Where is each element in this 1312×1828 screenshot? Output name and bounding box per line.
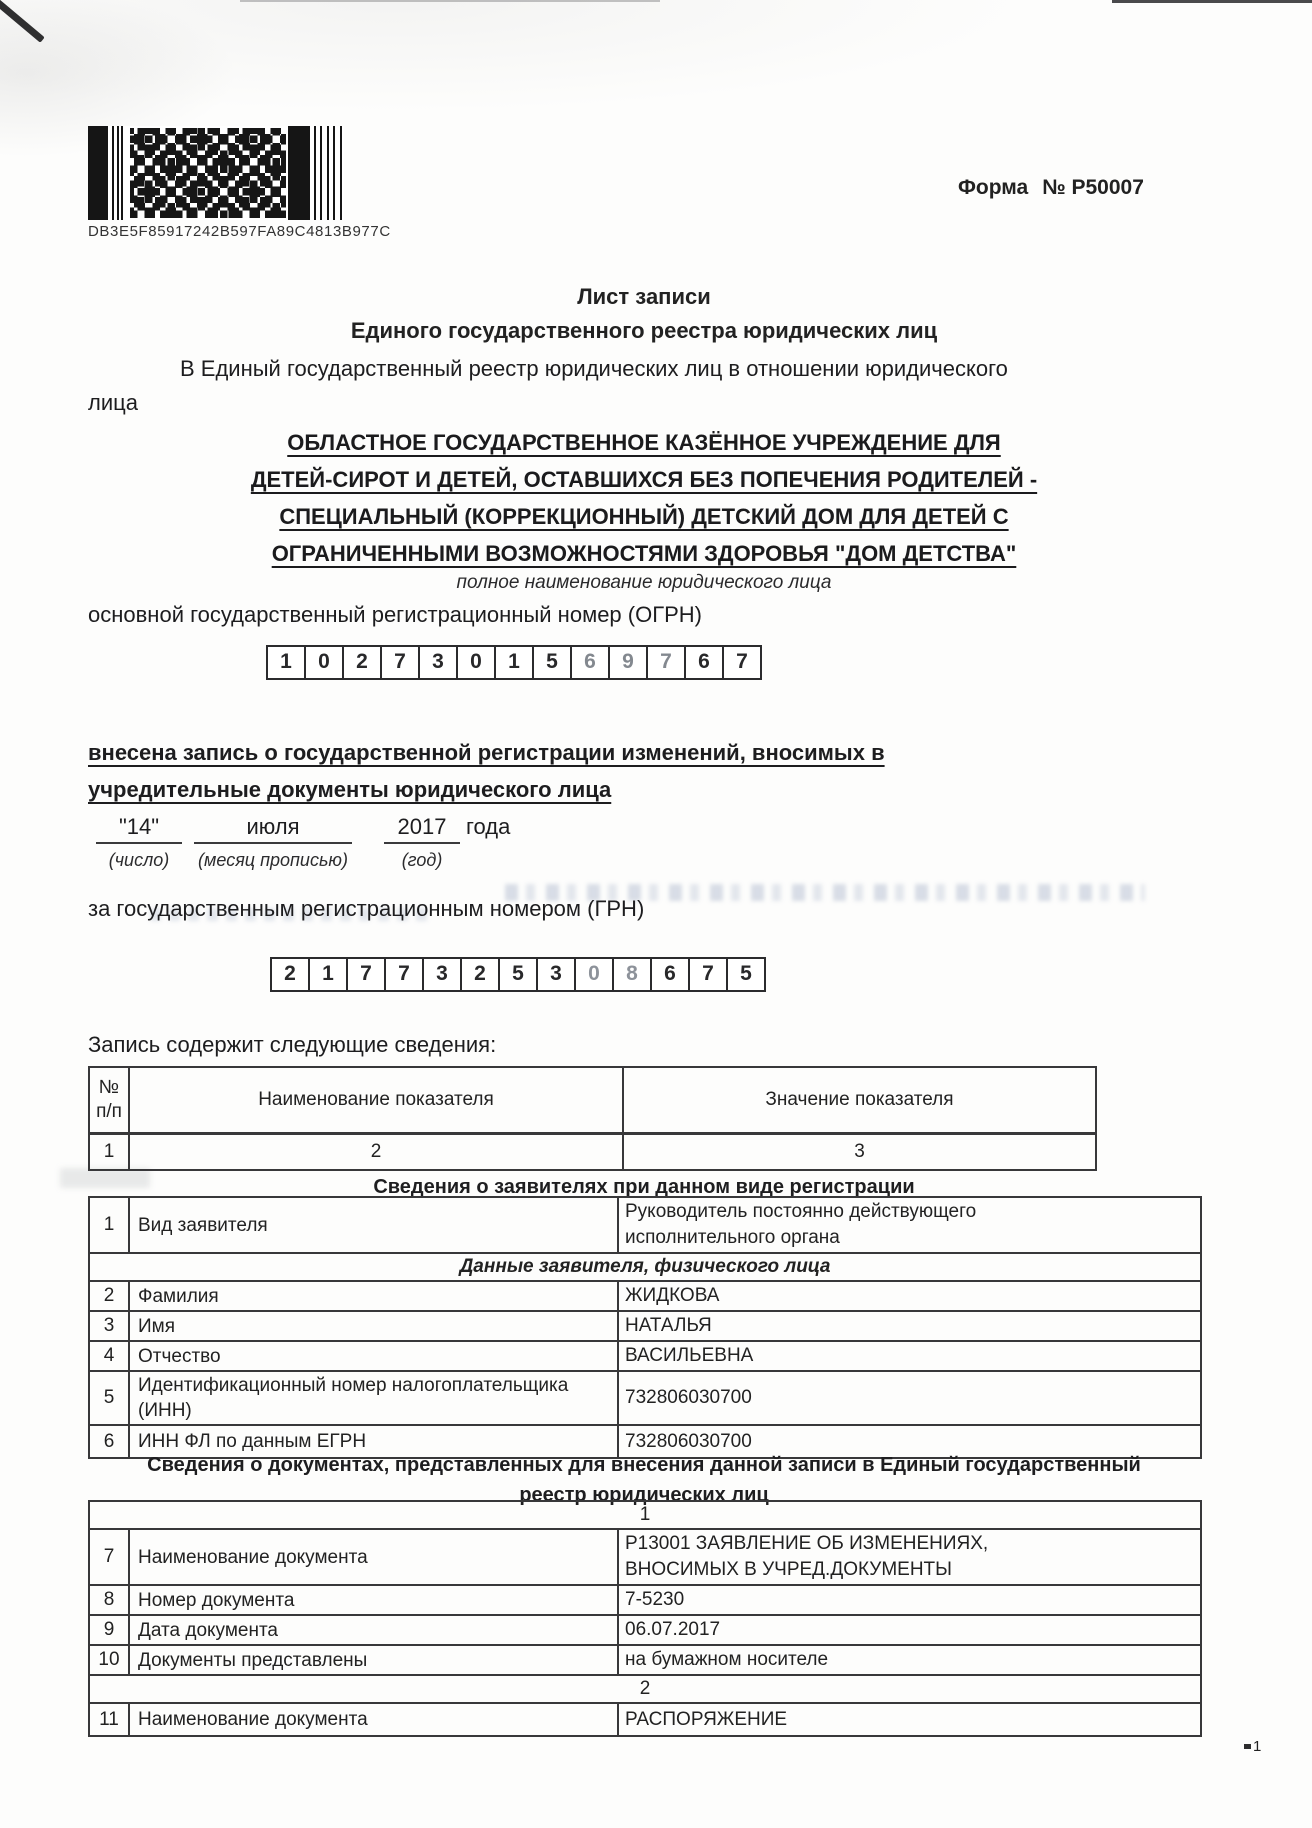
scan-edge-artifact [1112, 0, 1312, 3]
row-number: 2 [89, 1281, 129, 1311]
table-row: 4 Отчество ВАСИЛЬЕВНА [89, 1341, 1201, 1371]
indicator-value: РАСПОРЯЖЕНИЕ [618, 1703, 1201, 1736]
date-year-label: (год) [384, 850, 460, 871]
title-line-2: Единого государственного реестра юридиче… [88, 314, 1200, 348]
page-number: 1 [1244, 1738, 1261, 1755]
barcode-bar [314, 126, 344, 220]
indicator-name: Фамилия [129, 1281, 618, 1311]
statement-line-2: учредительные документы юридического лиц… [88, 777, 611, 802]
statement-line-1: внесена запись о государственной регистр… [88, 740, 885, 765]
indicator-value: на бумажном носителе [618, 1645, 1201, 1675]
intro-line-1: В Единый государственный реестр юридичес… [88, 352, 1206, 386]
table-row: 1 [89, 1501, 1201, 1529]
indicator-value: ВАСИЛЬЕВНА [618, 1341, 1201, 1371]
table-row: Данные заявителя, физического лица [89, 1253, 1201, 1281]
scan-corner-artifact [0, 0, 45, 43]
org-name-line: СПЕЦИАЛЬНЫЙ (КОРРЕКЦИОННЫЙ) ДЕТСКИЙ ДОМ … [88, 498, 1200, 535]
indicator-name: Вид заявителя [129, 1197, 618, 1253]
grn-digit: 7 [688, 957, 728, 992]
row-number: 5 [89, 1371, 129, 1425]
table-row: 5 Идентификационный номер налогоплательщ… [89, 1371, 1201, 1425]
indicator-name: Номер документа [129, 1585, 618, 1615]
date-month: июля [194, 814, 352, 844]
index-cell: 1 [89, 1134, 129, 1171]
index-cell: 3 [623, 1134, 1096, 1171]
ogrn-digit: 3 [418, 645, 458, 680]
indicator-name: Идентификационный номер налогоплательщик… [129, 1371, 618, 1425]
indicator-value: 06.07.2017 [618, 1615, 1201, 1645]
grn-digit: 3 [536, 957, 576, 992]
date-day-label: (число) [96, 850, 182, 871]
organization-name-caption: полное наименование юридического лица [88, 572, 1200, 594]
grn-digit: 7 [384, 957, 424, 992]
grn-digit: 5 [726, 957, 766, 992]
ogrn-digit: 1 [494, 645, 534, 680]
ogrn-digit-boxes: 1 0 2 7 3 0 1 5 6 9 7 6 7 [268, 645, 762, 680]
intro-paragraph: В Единый государственный реестр юридичес… [88, 352, 1206, 420]
indicator-name: Дата документа [129, 1615, 618, 1645]
barcode-bar [88, 126, 108, 220]
table-row: 2 [89, 1675, 1201, 1703]
ogrn-digit: 0 [304, 645, 344, 680]
grn-digit: 0 [574, 957, 614, 992]
table-row: 2 Фамилия ЖИДКОВА [89, 1281, 1201, 1311]
grn-digit: 8 [612, 957, 652, 992]
table-row: 10 Документы представлены на бумажном но… [89, 1645, 1201, 1675]
table-row: № п/п Наименование показателя Значение п… [89, 1067, 1096, 1134]
applicants-subheader: Данные заявителя, физического лица [89, 1253, 1201, 1281]
document-group-label: 1 [89, 1501, 1201, 1529]
table-row: 11 Наименование документа РАСПОРЯЖЕНИЕ [89, 1703, 1201, 1736]
indicator-value: 7-5230 [618, 1585, 1201, 1615]
ogrn-digit: 6 [684, 645, 724, 680]
documents-table: 1 7 Наименование документа Р13001 ЗАЯВЛЕ… [88, 1500, 1202, 1737]
grn-digit: 7 [346, 957, 386, 992]
table-row: 1 Вид заявителя Руководитель постоянно д… [89, 1197, 1201, 1253]
ogrn-digit: 2 [342, 645, 382, 680]
indicator-value: Р13001 ЗАЯВЛЕНИЕ ОБ ИЗМЕНЕНИЯХ, ВНОСИМЫХ… [618, 1529, 1201, 1585]
ogrn-digit: 1 [266, 645, 306, 680]
barcode-block: DB3E5F85917242B597FA89C4813B977C [88, 126, 350, 240]
row-number: 9 [89, 1615, 129, 1645]
date-suffix: года [466, 814, 510, 840]
barcode-code-text: DB3E5F85917242B597FA89C4813B977C [88, 223, 350, 240]
barcode-bar [288, 126, 310, 220]
index-cell: 2 [129, 1134, 623, 1171]
records-intro: Запись содержит следующие сведения: [88, 1032, 496, 1058]
indicator-name: Имя [129, 1311, 618, 1341]
table-row: 7 Наименование документа Р13001 ЗАЯВЛЕНИ… [89, 1529, 1201, 1585]
header-name-cell: Наименование показателя [129, 1067, 623, 1134]
page-number-value: 1 [1253, 1738, 1261, 1755]
indicator-value: 732806030700 [618, 1371, 1201, 1425]
indicator-name: Документы представлены [129, 1645, 618, 1675]
grn-digit: 3 [422, 957, 462, 992]
date-day: "14" [96, 814, 182, 844]
form-word: Форма [958, 176, 1028, 199]
ogrn-digit: 6 [570, 645, 610, 680]
row-number: 3 [89, 1311, 129, 1341]
indicator-value: Руководитель постоянно действующего испо… [618, 1197, 1201, 1253]
title-line-1: Лист записи [88, 280, 1200, 314]
grn-digit: 2 [270, 957, 310, 992]
registration-statement: внесена запись о государственной регистр… [88, 734, 1200, 808]
table-row: 8 Номер документа 7-5230 [89, 1585, 1201, 1615]
row-number: 4 [89, 1341, 129, 1371]
indicator-name: Наименование документа [129, 1703, 618, 1736]
ogrn-digit: 0 [456, 645, 496, 680]
grn-label: за государственным регистрационным номер… [88, 896, 644, 922]
barcode-matrix [130, 128, 286, 218]
ogrn-label: основной государственный регистрационный… [88, 602, 702, 628]
registration-date: "14" июля 2017 года (число) (месяц пропи… [88, 814, 688, 884]
grn-digit: 5 [498, 957, 538, 992]
date-month-label: (месяц прописью) [194, 850, 352, 871]
indicator-value: НАТАЛЬЯ [618, 1311, 1201, 1341]
ogrn-digit: 7 [646, 645, 686, 680]
row-number: 8 [89, 1585, 129, 1615]
grn-digit: 6 [650, 957, 690, 992]
grn-digit-boxes: 2 1 7 7 3 2 5 3 0 8 6 7 5 [272, 957, 766, 992]
indicator-name: Отчество [129, 1341, 618, 1371]
applicants-table: 1 Вид заявителя Руководитель постоянно д… [88, 1196, 1202, 1459]
ogrn-digit: 5 [532, 645, 572, 680]
table-row: 9 Дата документа 06.07.2017 [89, 1615, 1201, 1645]
records-header-table: № п/п Наименование показателя Значение п… [88, 1066, 1097, 1171]
form-number-label: Форма№ Р50007 [958, 176, 1144, 200]
indicator-value: ЖИДКОВА [618, 1281, 1201, 1311]
page-number-mark [1244, 1744, 1251, 1749]
ogrn-digit: 9 [608, 645, 648, 680]
barcode-bar [112, 126, 126, 220]
org-name-line: ДЕТЕЙ-СИРОТ И ДЕТЕЙ, ОСТАВШИХСЯ БЕЗ ПОПЕ… [88, 461, 1200, 498]
org-name-line: ОБЛАСТНОЕ ГОСУДАРСТВЕННОЕ КАЗЁННОЕ УЧРЕЖ… [88, 424, 1200, 461]
grn-digit: 1 [308, 957, 348, 992]
header-value-cell: Значение показателя [623, 1067, 1096, 1134]
table-row: 3 Имя НАТАЛЬЯ [89, 1311, 1201, 1341]
intro-line-2: лица [88, 386, 1206, 420]
row-number: 10 [89, 1645, 129, 1675]
table-row: 1 2 3 [89, 1134, 1096, 1171]
grn-digit: 2 [460, 957, 500, 992]
row-number: 7 [89, 1529, 129, 1585]
organization-name: ОБЛАСТНОЕ ГОСУДАРСТВЕННОЕ КАЗЁННОЕ УЧРЕЖ… [88, 424, 1200, 572]
barcode-image [88, 126, 344, 220]
header-no-cell: № п/п [89, 1067, 129, 1134]
ogrn-digit: 7 [380, 645, 420, 680]
form-number: № Р50007 [1042, 176, 1144, 199]
org-name-line: ОГРАНИЧЕННЫМИ ВОЗМОЖНОСТЯМИ ЗДОРОВЬЯ "ДО… [88, 535, 1200, 572]
scan-edge-artifact [240, 0, 660, 2]
document-group-label: 2 [89, 1675, 1201, 1703]
document-title: Лист записи Единого государственного рее… [88, 280, 1200, 348]
indicator-name: Наименование документа [129, 1529, 618, 1585]
row-number: 11 [89, 1703, 129, 1736]
scanned-document-page: DB3E5F85917242B597FA89C4813B977C Форма№ … [0, 0, 1312, 1828]
ogrn-digit: 7 [722, 645, 762, 680]
date-year: 2017 [384, 814, 460, 844]
row-number: 1 [89, 1197, 129, 1253]
